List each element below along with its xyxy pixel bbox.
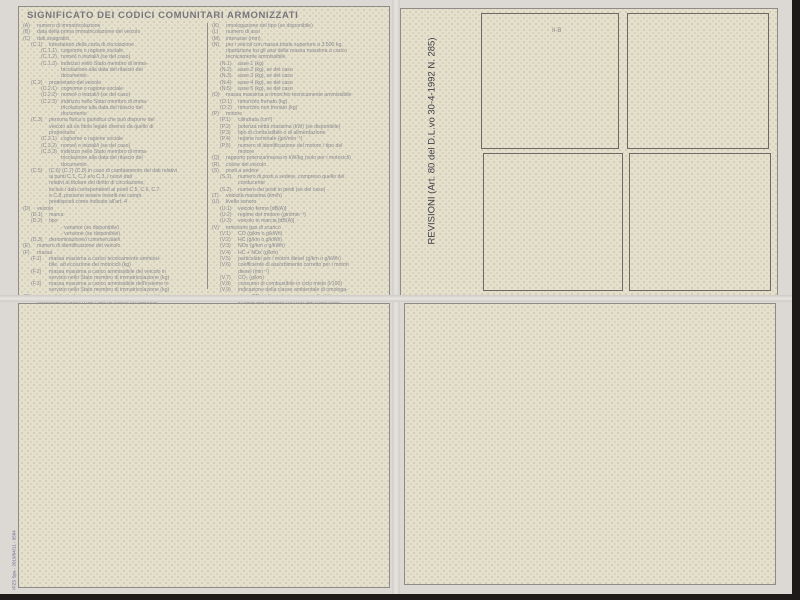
- revision-box-2: [627, 13, 769, 149]
- revisions-label: REVISIONI (Art. 80 del D.L.vo 30-4-1992 …: [417, 41, 447, 241]
- revision-box-3: [483, 153, 623, 291]
- horizontal-fold: [0, 295, 792, 302]
- revisions-panel: REVISIONI (Art. 80 del D.L.vo 30-4-1992 …: [400, 8, 778, 296]
- background-edge-bottom: [0, 594, 800, 600]
- blank-panel-left: [18, 303, 390, 588]
- codes-panel: SIGNIFICATO DEI CODICI COMUNITARI ARMONI…: [18, 6, 390, 296]
- revision-box-mark: II-B: [552, 28, 561, 34]
- codes-right-column: (K)omologazione del tipo (se disponibile…: [207, 23, 392, 289]
- printer-mark: IPZS Spa - 2019/04/11 - 9584: [8, 530, 20, 590]
- blank-panel-right: [404, 303, 776, 585]
- revision-box-1: II-B: [481, 13, 619, 149]
- document-sheet: SIGNIFICATO DEI CODICI COMUNITARI ARMONI…: [0, 0, 792, 594]
- page-title: SIGNIFICATO DEI CODICI COMUNITARI ARMONI…: [27, 10, 298, 21]
- revision-box-4: [629, 153, 771, 291]
- background-edge: [792, 0, 800, 600]
